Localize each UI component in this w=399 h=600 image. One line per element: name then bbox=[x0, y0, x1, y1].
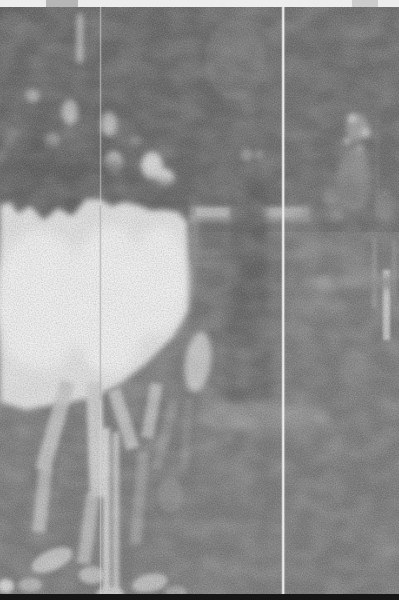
black-border-bottom bbox=[0, 594, 399, 600]
photo-canvas bbox=[0, 0, 399, 600]
halftone-photo bbox=[0, 0, 399, 600]
film-grain bbox=[0, 0, 399, 600]
paper-edge-top bbox=[0, 0, 399, 7]
fold-crease-left bbox=[100, 7, 102, 597]
fold-crease-right bbox=[281, 6, 285, 596]
